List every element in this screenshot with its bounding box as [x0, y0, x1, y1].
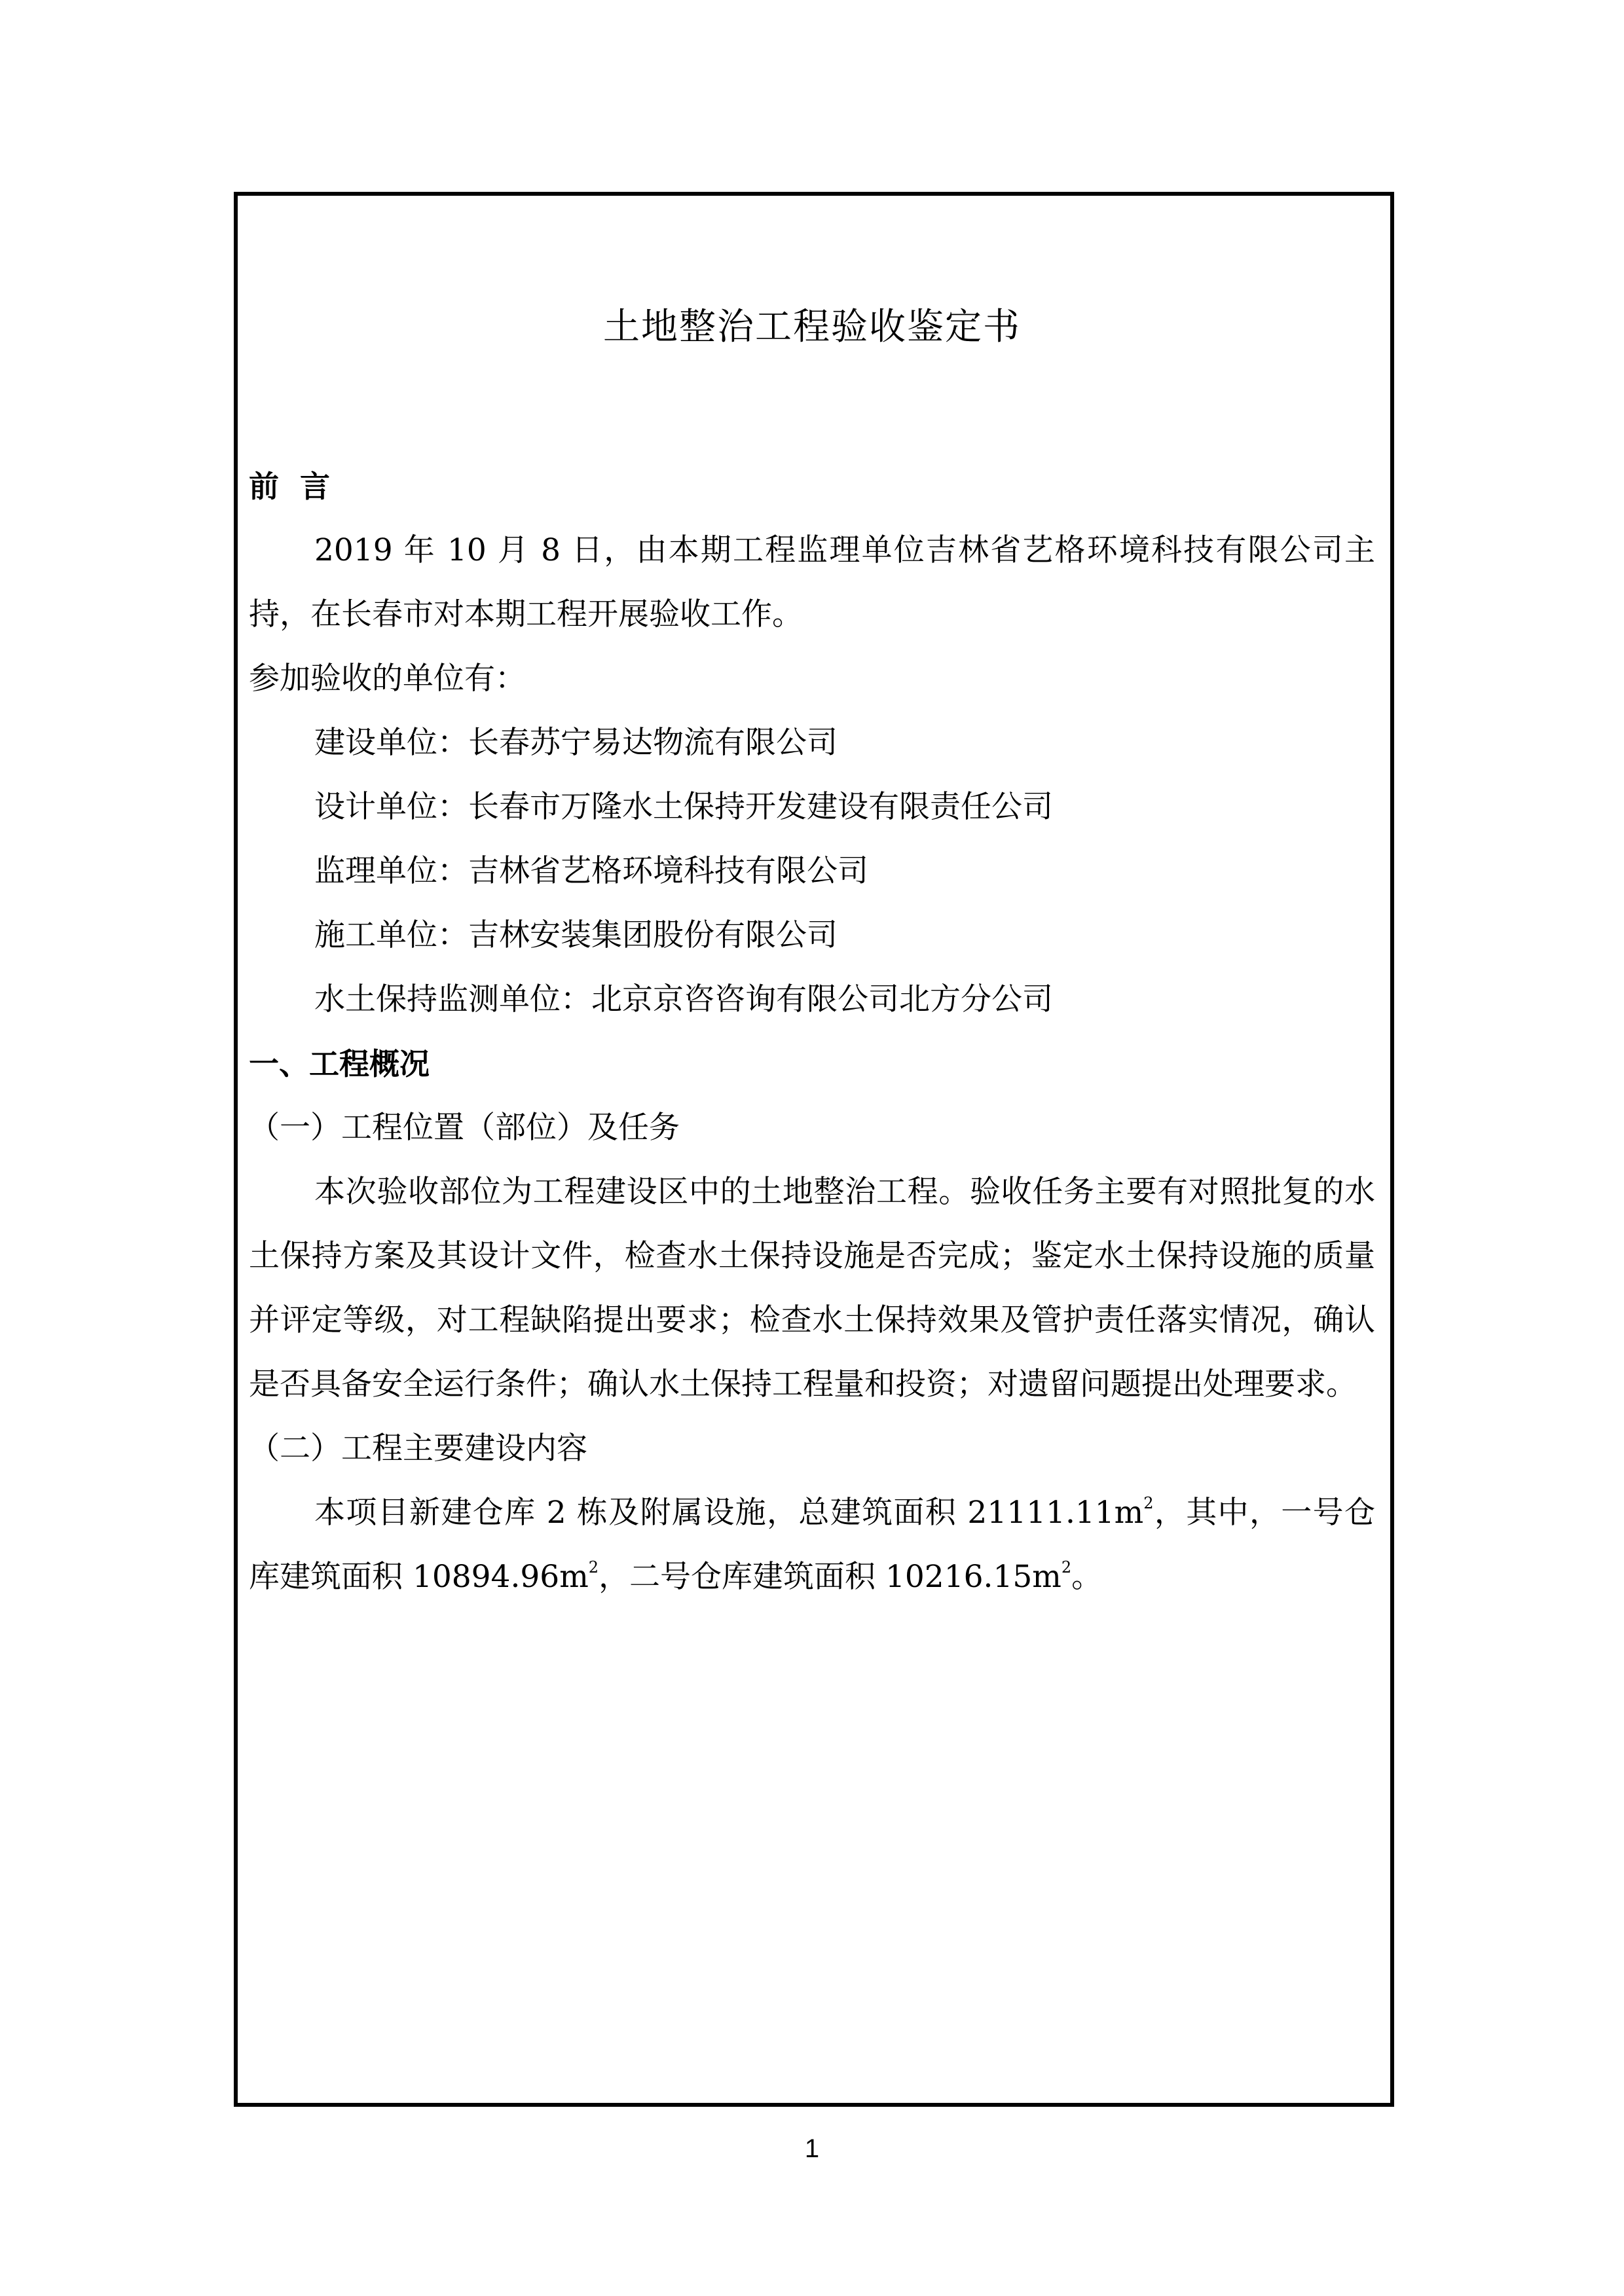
section-1-2-heading: （二）工程主要建设内容: [249, 1417, 1378, 1481]
participant-role: 水土保持监测单位：: [314, 981, 591, 1017]
participant-design-unit: 设计单位：长春市万隆水土保持开发建设有限责任公司: [249, 775, 1378, 839]
section-1-heading: 一、工程概况: [249, 1032, 1378, 1096]
participant-contractor-unit: 施工单位：吉林安装集团股份有限公司: [249, 903, 1378, 968]
area-text-warehouse-2: ，二号仓库建筑面积 10216.15m: [599, 1559, 1061, 1595]
participant-name: 长春苏宁易达物流有限公司: [468, 725, 838, 761]
participant-role: 设计单位：: [314, 789, 468, 825]
section-1-2-paragraph: 本项目新建仓库 2 栋及附属设施，总建筑面积 21111.11m2，其中，一号仓…: [249, 1481, 1375, 1609]
area-text-total: 本项目新建仓库 2 栋及附属设施，总建筑面积 21111.11m: [314, 1495, 1143, 1531]
section-1-1-heading: （一）工程位置（部位）及任务: [249, 1096, 1378, 1160]
participants-label: 参加验收的单位有：: [249, 647, 1378, 711]
participant-role: 建设单位：: [314, 725, 468, 761]
page-number: 1: [0, 2133, 1624, 2164]
participant-name: 吉林安装集团股份有限公司: [468, 917, 838, 953]
participant-construction-unit: 建设单位：长春苏宁易达物流有限公司: [249, 711, 1378, 775]
document-title: 土地整治工程验收鉴定书: [0, 302, 1624, 352]
participant-name: 北京京咨咨询有限公司北方分公司: [591, 981, 1053, 1017]
participant-role: 监理单位：: [314, 853, 468, 889]
participant-name: 吉林省艺格环境科技有限公司: [468, 853, 868, 889]
preface-heading: 前 言: [249, 454, 1378, 519]
participant-role: 施工单位：: [314, 917, 468, 953]
preface-intro-paragraph: 2019 年 10 月 8 日，由本期工程监理单位吉林省艺格环境科技有限公司主持…: [249, 519, 1375, 647]
participant-supervision-unit: 监理单位：吉林省艺格环境科技有限公司: [249, 839, 1378, 903]
superscript-2: 2: [1061, 1558, 1071, 1576]
period: 。: [1071, 1559, 1102, 1595]
document-body: 前 言 2019 年 10 月 8 日，由本期工程监理单位吉林省艺格环境科技有限…: [249, 454, 1378, 1609]
participant-monitoring-unit: 水土保持监测单位：北京京咨咨询有限公司北方分公司: [249, 968, 1378, 1032]
superscript-2: 2: [589, 1558, 599, 1576]
section-1-1-paragraph: 本次验收部位为工程建设区中的土地整治工程。验收任务主要有对照批复的水土保持方案及…: [249, 1160, 1375, 1417]
participant-name: 长春市万隆水土保持开发建设有限责任公司: [468, 789, 1053, 825]
superscript-2: 2: [1143, 1494, 1153, 1512]
